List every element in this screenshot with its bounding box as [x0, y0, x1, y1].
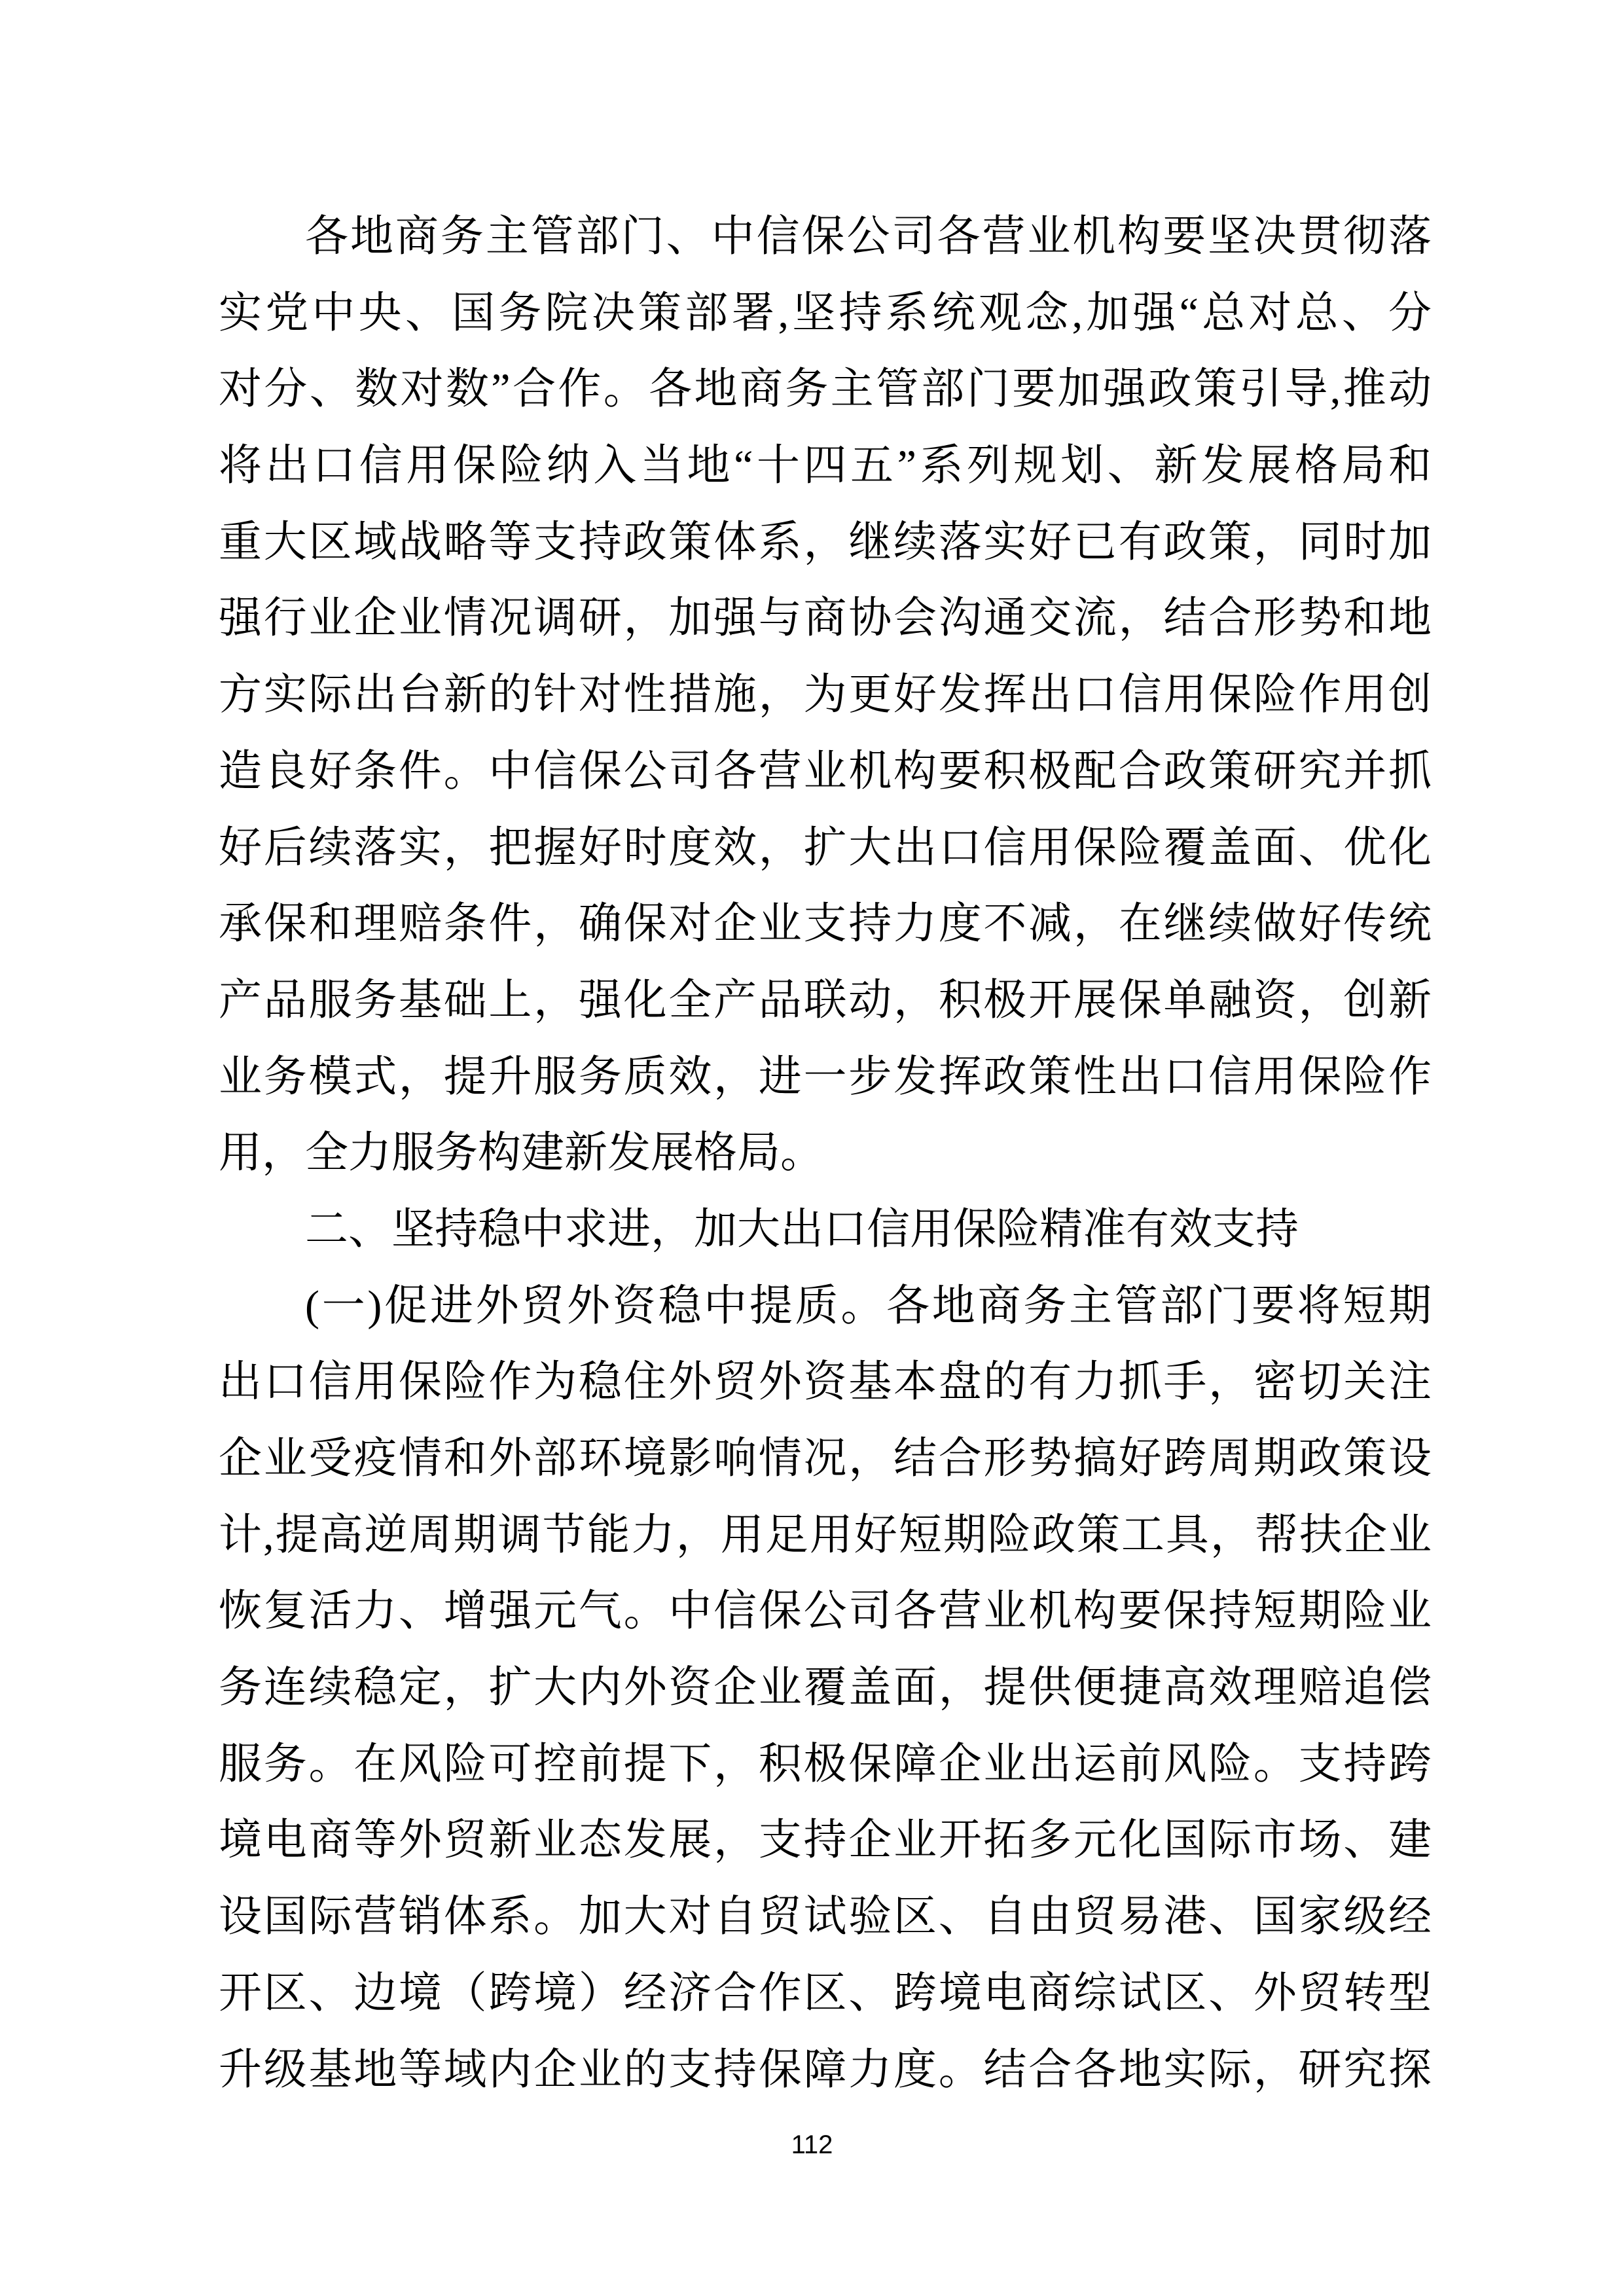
text-line: 方实际出台新的针对性措施，为更好发挥出口信用保险作用创 — [219, 657, 1432, 734]
text-line: 将出口信用保险纳入当地“十四五”系列规划、新发展格局和 — [219, 428, 1432, 505]
text-line: 产品服务基础上，强化全产品联动，积极开展保单融资，创新 — [219, 963, 1432, 1039]
text-line: 升级基地等域内企业的支持保障力度。结合各地实际，研究探 — [219, 2032, 1432, 2109]
text-line: 承保和理赔条件，确保对企业支持力度不减，在继续做好传统 — [219, 886, 1432, 963]
text-line: 设国际营销体系。加大对自贸试验区、自由贸易港、国家级经 — [219, 1879, 1432, 1956]
text-line: (一)促进外贸外资稳中提质。各地商务主管部门要将短期 — [219, 1268, 1432, 1345]
text-line: 企业受疫情和外部环境影响情况，结合形势搞好跨周期政策设 — [219, 1421, 1432, 1498]
text-line: 重大区域战略等支持政策体系，继续落实好已有政策，同时加 — [219, 505, 1432, 581]
text-line: 恢复活力、增强元气。中信保公司各营业机构要保持短期险业 — [219, 1573, 1432, 1650]
text-line: 好后续落实，把握好时度效，扩大出口信用保险覆盖面、优化 — [219, 810, 1432, 887]
text-line: 服务。在风险可控前提下，积极保障企业出运前风险。支持跨 — [219, 1727, 1432, 1803]
text-line: 出口信用保险作为稳住外贸外资基本盘的有力抓手，密切关注 — [219, 1344, 1432, 1421]
text-line: 各地商务主管部门、中信保公司各营业机构要坚决贯彻落 — [219, 199, 1432, 276]
text-line: 实党中央、国务院决策部署,坚持系统观念,加强“总对总、分 — [219, 276, 1432, 352]
page-number: 112 — [0, 2130, 1624, 2160]
document-body: 各地商务主管部门、中信保公司各营业机构要坚决贯彻落实党中央、国务院决策部署,坚持… — [219, 199, 1432, 2108]
text-line: 对分、数对数”合作。各地商务主管部门要加强政策引导,推动 — [219, 351, 1432, 428]
text-line: 开区、边境（跨境）经济合作区、跨境电商综试区、外贸转型 — [219, 1956, 1432, 2032]
text-line: 二、坚持稳中求进，加大出口信用保险精准有效支持 — [219, 1192, 1432, 1268]
text-line: 用，全力服务构建新发展格局。 — [219, 1115, 1432, 1192]
text-line: 业务模式，提升服务质效，进一步发挥政策性出口信用保险作 — [219, 1039, 1432, 1116]
text-line: 造良好条件。中信保公司各营业机构要积极配合政策研究并抓 — [219, 734, 1432, 810]
text-line: 计,提高逆周期调节能力，用足用好短期险政策工具，帮扶企业 — [219, 1498, 1432, 1574]
text-line: 境电商等外贸新业态发展，支持企业开拓多元化国际市场、建 — [219, 1803, 1432, 1879]
text-line: 务连续稳定，扩大内外资企业覆盖面，提供便捷高效理赔追偿 — [219, 1650, 1432, 1727]
text-line: 强行业企业情况调研，加强与商协会沟通交流，结合形势和地 — [219, 581, 1432, 657]
document-page: 各地商务主管部门、中信保公司各营业机构要坚决贯彻落实党中央、国务院决策部署,坚持… — [0, 0, 1624, 2296]
